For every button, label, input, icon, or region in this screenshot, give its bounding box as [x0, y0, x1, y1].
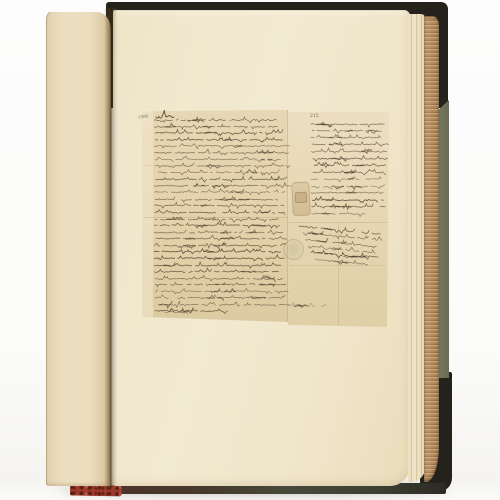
handwriting-line	[262, 276, 276, 282]
handwriting-line	[321, 163, 329, 166]
handwriting-line	[163, 124, 176, 128]
handwriting-line	[274, 179, 278, 180]
handwriting-line	[159, 301, 290, 307]
handwriting-line	[312, 197, 386, 203]
handwriting-line	[312, 148, 387, 153]
handwriting-line	[311, 135, 381, 139]
handwriting-line	[155, 222, 280, 228]
handwriting-line	[155, 144, 290, 149]
handwriting-line	[156, 176, 290, 182]
handwriting-line	[344, 170, 357, 172]
handwriting-line	[322, 214, 329, 215]
handwriting-line	[154, 117, 276, 123]
handwriting-line	[352, 253, 367, 257]
handwriting-line	[207, 297, 223, 300]
handwriting-line	[225, 138, 232, 141]
handwriting-line	[335, 206, 351, 208]
handwriting-line	[154, 243, 286, 248]
photo-of-album: 1506 215	[0, 0, 500, 500]
handwriting-line	[316, 259, 368, 265]
handwriting-line	[317, 122, 325, 124]
handwriting-line	[312, 185, 385, 190]
handwriting-line	[313, 169, 386, 175]
handwriting-line	[155, 268, 279, 272]
handwriting-line	[211, 289, 220, 292]
handwriting-line	[155, 138, 282, 143]
handwriting-line	[220, 232, 228, 234]
handwriting-line	[333, 248, 340, 250]
handwriting-line	[311, 177, 381, 182]
handwriting-line	[155, 183, 291, 189]
book-gutter-shadow	[104, 8, 118, 488]
handwriting-line	[308, 246, 375, 254]
handwriting-line	[164, 263, 175, 266]
handwriting-line	[155, 197, 277, 202]
handwriting-line	[158, 170, 279, 176]
handwriting-line	[155, 202, 284, 208]
handwriting-line	[207, 164, 220, 168]
manuscript-letter: 1506 215	[142, 110, 389, 327]
handwriting-line	[317, 239, 327, 243]
handwriting-line	[156, 110, 174, 118]
handwriting-line	[156, 163, 290, 169]
handwriting-line	[196, 225, 207, 226]
handwriting-svg	[142, 110, 389, 327]
handwriting-line	[312, 212, 369, 216]
handwriting-line	[156, 130, 283, 136]
handwriting-line	[318, 253, 333, 254]
handwriting-line	[341, 242, 347, 244]
handwriting-line	[312, 142, 388, 147]
handwriting-line	[154, 255, 284, 261]
handwriting-line	[154, 230, 282, 235]
handwriting-line	[351, 186, 361, 189]
handwriting-line	[159, 302, 172, 308]
handwriting-line	[235, 145, 242, 146]
handwriting-line	[156, 288, 289, 293]
handwriting-line	[154, 249, 280, 254]
album-left-page	[46, 12, 111, 486]
deckled-fore-edge	[424, 16, 439, 482]
handwriting-line	[329, 137, 342, 138]
handwriting-line	[313, 156, 387, 162]
handwriting-line	[345, 130, 352, 131]
handwriting-line	[261, 210, 271, 212]
handwriting-line	[252, 225, 265, 226]
handwriting-line	[221, 238, 234, 239]
handwriting-line	[321, 124, 332, 127]
stacked-page-edges	[408, 14, 425, 482]
handwriting-line	[155, 189, 285, 195]
handwriting-line	[260, 284, 274, 285]
handwriting-line	[239, 199, 249, 200]
handwriting-line	[252, 297, 266, 298]
